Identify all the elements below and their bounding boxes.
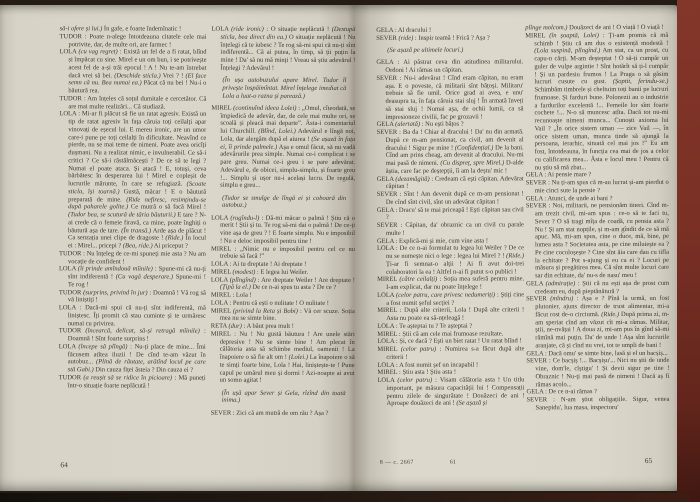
dialogue-block: MIREL (celor patru) : Numirea s-a făcut …: [377, 345, 524, 361]
dialogue-block: LOLA : De ce n-ai formulat tu legea lui …: [377, 245, 524, 277]
dialogue-block: LOLA (celor patru) : Visam călătoria ast…: [377, 376, 524, 408]
print-signature-number: 61: [450, 460, 456, 466]
dialogue-block: SEVER : Nu ți-am spus că m-au lucrat și-…: [526, 179, 669, 195]
stage-direction: (Se așază pe ultimele locuri.): [376, 46, 523, 54]
dialogue-block: SEVER : Ce bacșiș !... Bacșișu'... Nici …: [526, 357, 669, 388]
page-number-right: 65: [645, 456, 653, 465]
dialogue-block: MIREL (către ceilalți) : Soția mea sufer…: [377, 276, 524, 292]
dialogue-block: SEVER : N-am știut obligațiile. Sigur, v…: [527, 396, 670, 412]
dialogue-block: SEVER : Căpitan, da' obraznic ca un civi…: [377, 221, 524, 237]
dialogue-block: SEVER : Noi, militarii, ne pensionăm tin…: [526, 202, 669, 280]
dialogue-block: SEVER (ride) : Inspir teamă ! Frică ? Aș…: [376, 34, 523, 42]
print-signature: 8 — c. 2667: [380, 460, 414, 466]
dialogue-block: GELA (admirație) : Știi că nu ești așa d…: [526, 280, 669, 296]
right-page-column-1: GELA : Al dracului !SEVER (ride) : Inspi…: [376, 26, 525, 461]
dialogue-block: GELA (dezamăgită) : Credeam că ești căpi…: [377, 175, 524, 191]
dialogue-block: LOLA (celor patru, care privesc nedumeri…: [377, 291, 524, 307]
dialogue-block: SEVER : Sînt ! Am devenit după ce m-am p…: [377, 190, 524, 206]
page-right: GELA : Al dracului !SEVER (ride) : Inspi…: [0, 0, 700, 502]
dialogue-block: SEVER (mîndru) : Așa e ? Pînă la urmă, u…: [526, 295, 669, 350]
dialogue-block: MIREL : După alte criterii, Lola ! După …: [377, 307, 524, 323]
right-page-column-2: plînge molcom.) Douăzeci de ani ! O viaț…: [525, 24, 670, 460]
dialogue-block: SEVER : Nu-i adevărat ! Cînd eram căpita…: [376, 74, 523, 121]
dialogue-block: GELA : Ai păstrat ceva din atitudinea mi…: [376, 59, 523, 75]
dialogue-block: GELA : Dracu' să te mai priceapă ! Ești …: [377, 206, 524, 222]
dialogue-block: MIREL (în șoaptă, Lolei) : Ți-am promis …: [525, 32, 668, 172]
dialogue-block: SEVER : Ba da ! Chiar al dracului ! Da' …: [377, 128, 524, 175]
